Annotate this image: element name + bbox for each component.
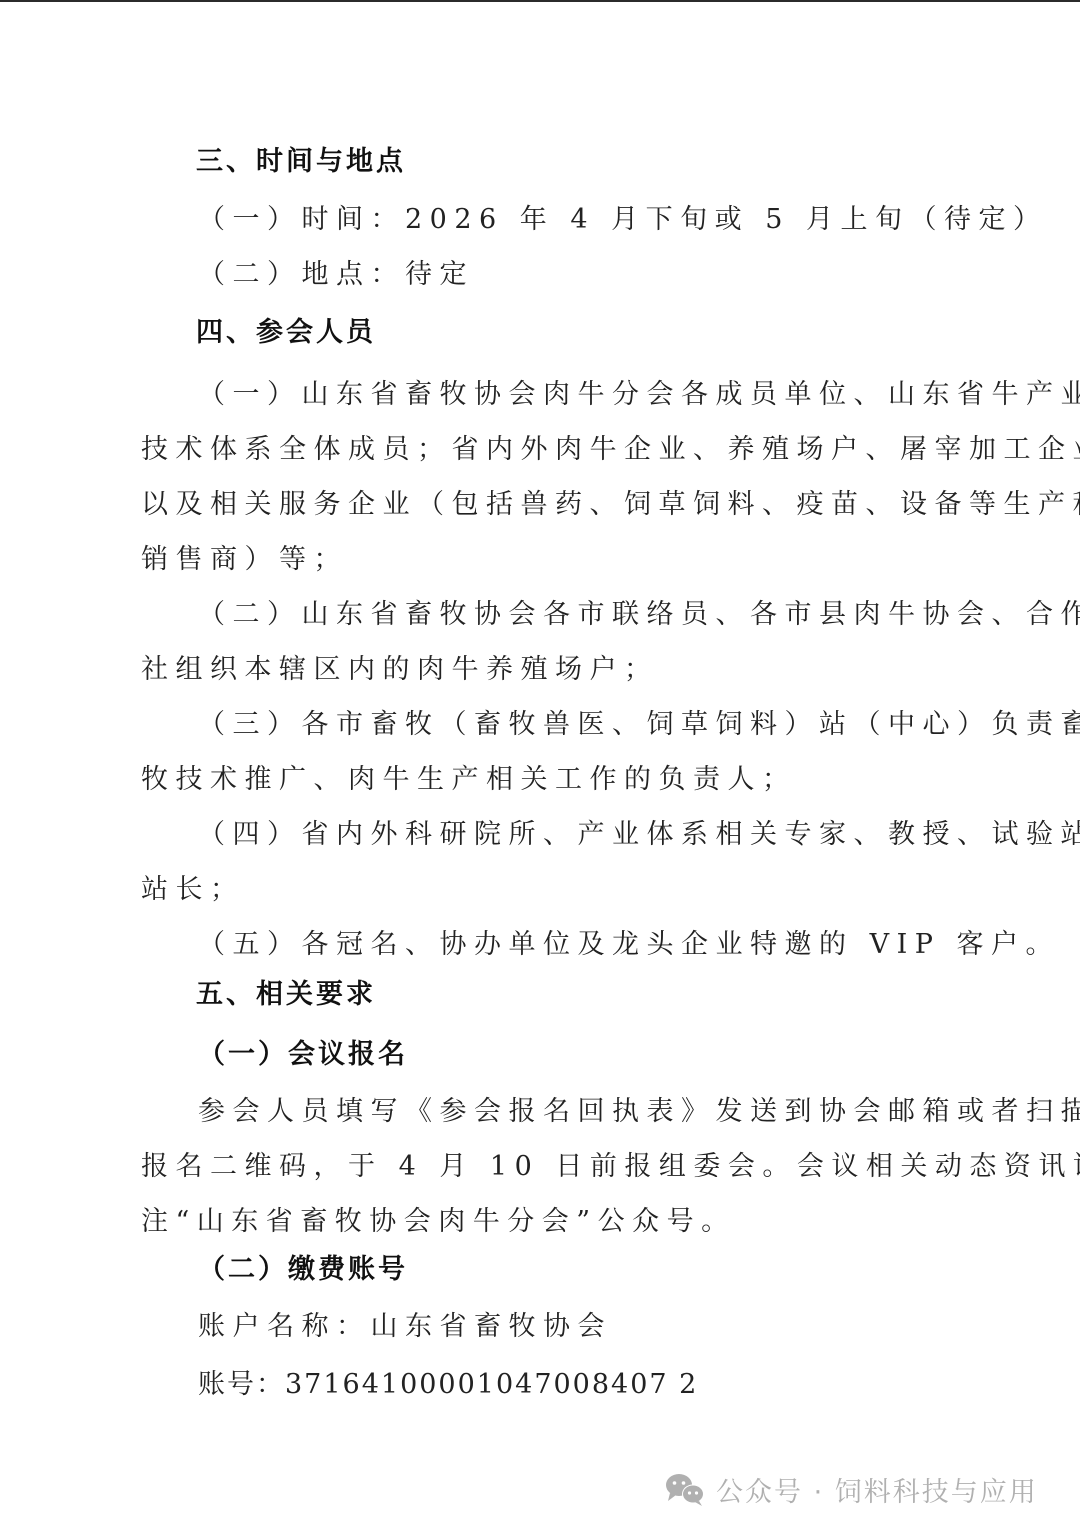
section-heading-time-location: 三、时间与地点: [196, 145, 406, 179]
section-heading-attendees: 四、参会人员: [196, 316, 376, 350]
attendee-item-5: （五）各冠名、协办单位及龙头企业特邀的 VIP 客户。: [198, 928, 1060, 962]
subheading-payment-account: （二）缴费账号: [198, 1253, 408, 1287]
paragraph-time: （一）时间：2026 年 4 月下旬或 5 月上旬（待定）: [198, 203, 1047, 237]
watermark-text: 公众号 · 饲料科技与应用: [716, 1470, 1038, 1509]
registration-line-3: 注“山东省畜牧协会肉牛分会”公众号。: [141, 1205, 736, 1239]
top-border-line: [0, 0, 1080, 2]
attendee-item-1-line-3: 以及相关服务企业（包括兽药、饲草饲料、疫苗、设备等生产和: [141, 488, 1080, 522]
account-name: 账户名称：山东省畜牧协会: [198, 1310, 612, 1344]
attendee-item-2-line-2: 社组织本辖区内的肉牛养殖场户；: [141, 653, 659, 687]
watermark: 公众号 · 饲料科技与应用: [664, 1471, 1038, 1507]
subheading-registration: （一）会议报名: [198, 1038, 408, 1072]
account-number: 账号：37164100001047008407 2: [198, 1368, 698, 1402]
section-heading-requirements: 五、相关要求: [196, 978, 376, 1012]
wechat-icon: [664, 1471, 708, 1507]
attendee-item-3-line-2: 牧技术推广、肉牛生产相关工作的负责人；: [141, 763, 797, 797]
registration-line-2: 报名二维码，于 4 月 10 日前报组委会。会议相关动态资讯请关: [141, 1150, 1080, 1184]
attendee-item-1-line-4: 销售商）等；: [141, 543, 348, 577]
attendee-item-3-line-1: （三）各市畜牧（畜牧兽医、饲草饲料）站（中心）负责畜: [198, 708, 1080, 742]
attendee-item-1-line-1: （一）山东省畜牧协会肉牛分会各成员单位、山东省牛产业: [198, 378, 1080, 412]
registration-line-1: 参会人员填写《参会报名回执表》发送到协会邮箱或者扫描: [198, 1095, 1080, 1129]
paragraph-location: （二）地点：待定: [198, 258, 474, 292]
attendee-item-1-line-2: 技术体系全体成员；省内外肉牛企业、养殖场户、屠宰加工企业: [141, 433, 1080, 467]
attendee-item-4-line-2: 站长；: [141, 873, 245, 907]
attendee-item-4-line-1: （四）省内外科研院所、产业体系相关专家、教授、试验站: [198, 818, 1080, 852]
attendee-item-2-line-1: （二）山东省畜牧协会各市联络员、各市县肉牛协会、合作: [198, 598, 1080, 632]
